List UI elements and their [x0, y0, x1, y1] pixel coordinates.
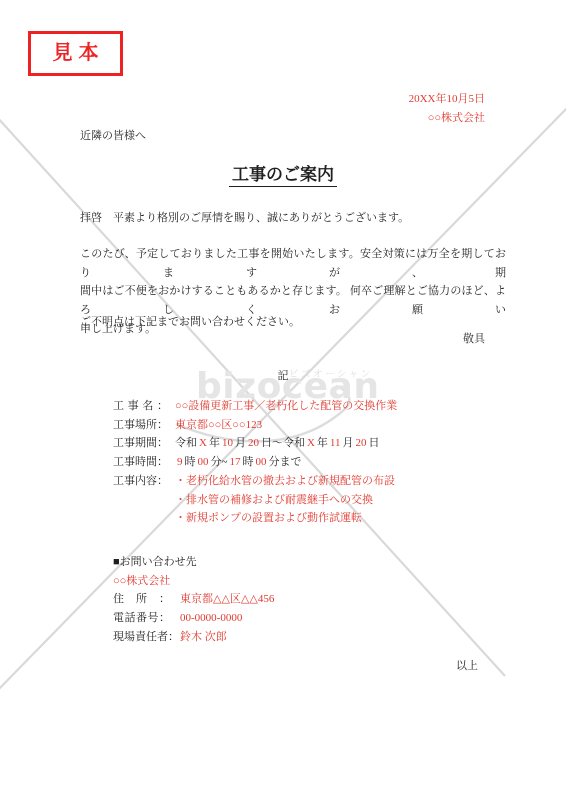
period-unit-3: 年	[317, 437, 328, 449]
construction-period-label: 工事期間：	[113, 434, 168, 453]
contact-section: ■お問い合わせ先 ○○株式会社 住所：東京都△△区△△456 電話番号：00-0…	[113, 553, 274, 647]
document-page: bizocean ビズオーシャン 見本 20XX年10月5日 ○○株式会社 近隣…	[0, 0, 566, 800]
time-unit-2: 時	[242, 456, 253, 468]
period-unit-5: 日	[369, 437, 380, 449]
construction-content-row-3: ・新規ポンプの設置および動作試運転	[113, 509, 397, 528]
document-date: 20XX年10月5日	[409, 90, 485, 109]
end-marker: 以上	[456, 657, 478, 676]
period-era-1: 令和	[175, 437, 197, 449]
construction-content-item-1: ・老朽化給水管の撤去および新規配管の布設	[175, 475, 395, 487]
sender-company: ○○株式会社	[409, 109, 485, 128]
period-year-1: X	[199, 437, 207, 449]
construction-name-row: 工事名：○○設備更新工事／老朽化した配管の交換作業	[113, 397, 397, 416]
construction-place-row: 工事場所：東京都○○区○○123	[113, 416, 397, 435]
contact-address-label: 住所：	[113, 590, 170, 609]
construction-name-label: 工事名：	[113, 397, 168, 416]
construction-time-row: 工事時間：9時00分~17時00分まで	[113, 453, 397, 472]
recipient-line: 近隣の皆様へ	[80, 127, 146, 146]
period-month-1: 10	[222, 437, 233, 449]
time-unit-1: 時	[185, 456, 196, 468]
contact-manager-label: 現場責任者：	[113, 628, 170, 647]
greeting-line: 拝啓 平素より格別のご厚情を賜り、誠にありがとうございます。	[80, 209, 409, 228]
period-day-1: 20	[248, 437, 259, 449]
construction-time-label: 工事時間：	[113, 453, 168, 472]
construction-content-row: 工事内容：・老朽化給水管の撤去および新規配管の布設	[113, 472, 397, 491]
construction-place-label: 工事場所：	[113, 416, 168, 435]
construction-time-value: 9時00分~17時00分まで	[175, 456, 301, 468]
time-start-hour: 9	[177, 456, 183, 468]
contact-manager-value: 鈴木 次郎	[180, 631, 227, 643]
construction-content-item-3: ・新規ポンプの設置および動作試運転	[175, 512, 362, 524]
time-end-hour: 17	[229, 456, 240, 468]
closing-word: 敬具	[463, 330, 485, 349]
contact-heading: ■お問い合わせ先	[113, 553, 274, 572]
contact-company: ○○株式会社	[113, 572, 274, 591]
contact-phone-value: 00-0000-0000	[180, 612, 242, 624]
period-separator: 日～令和	[261, 437, 305, 449]
period-unit-1: 年	[209, 437, 220, 449]
period-year-2: X	[307, 437, 315, 449]
construction-name-value: ○○設備更新工事／老朽化した配管の交換作業	[175, 400, 397, 412]
period-unit-4: 月	[343, 437, 354, 449]
period-day-2: 20	[356, 437, 367, 449]
time-separator: 分~	[211, 456, 228, 468]
sample-stamp: 見本	[28, 31, 123, 76]
construction-details-section: 工事名：○○設備更新工事／老朽化した配管の交換作業 工事場所：東京都○○区○○1…	[113, 397, 397, 528]
header-right-block: 20XX年10月5日 ○○株式会社	[409, 90, 485, 127]
period-month-2: 11	[330, 437, 341, 449]
construction-place-value: 東京都○○区○○123	[175, 419, 262, 431]
time-start-min: 00	[198, 456, 209, 468]
construction-content-label: 工事内容：	[113, 472, 168, 491]
contact-address-value: 東京都△△区△△456	[180, 593, 274, 605]
document-title: 工事のご案内	[0, 162, 566, 188]
contact-phone-row: 電話番号：00-0000-0000	[113, 609, 274, 628]
time-end-min: 00	[255, 456, 266, 468]
period-unit-2: 月	[235, 437, 246, 449]
paragraph-line-1: このたび、予定しておりました工事を開始いたします。安全対策には万全を期しておりま…	[80, 245, 506, 282]
contact-address-row: 住所：東京都△△区△△456	[113, 590, 274, 609]
inquiry-note: ご不明点は下記までお問い合わせください。	[80, 313, 300, 332]
contact-phone-label: 電話番号：	[113, 609, 170, 628]
document-title-text: 工事のご案内	[229, 165, 337, 187]
construction-content-row-2: ・排水管の補修および耐震継手への交換	[113, 491, 397, 510]
time-unit-3: 分まで	[268, 456, 301, 468]
contact-manager-row: 現場責任者：鈴木 次郎	[113, 628, 274, 647]
ki-marker: 記	[0, 367, 566, 386]
construction-period-value: 令和X年10月20日～令和X年11月20日	[175, 437, 380, 449]
construction-period-row: 工事期間：令和X年10月20日～令和X年11月20日	[113, 434, 397, 453]
construction-content-item-2: ・排水管の補修および耐震継手への交換	[175, 494, 373, 506]
